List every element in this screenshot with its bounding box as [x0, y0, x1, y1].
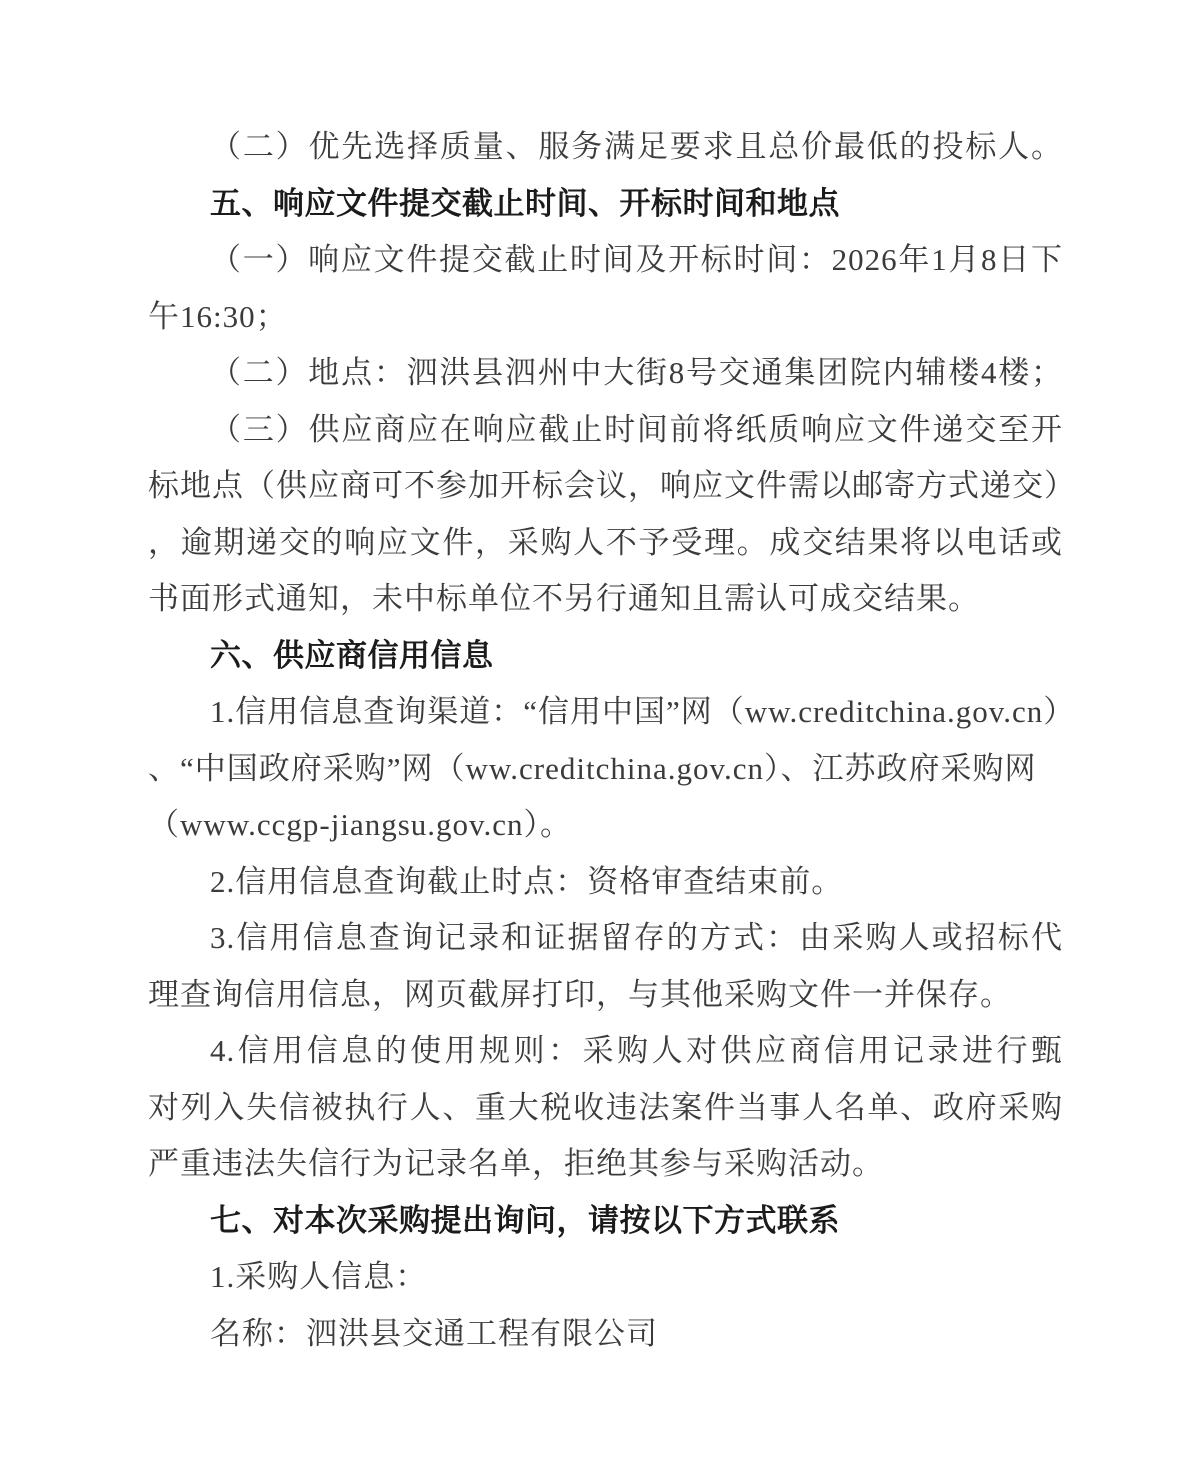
heading-section-6: 六、供应商信用信息: [148, 628, 1063, 685]
para-purchaser-info-label: 1.采购人信息：: [148, 1249, 1063, 1306]
para-credit-channels-line-1: 1.信用信息查询渠道：“信用中国”网（ww.creditchina.gov.cn…: [148, 684, 1063, 741]
para-deadline-line-1: （一）响应文件提交截止时间及开标时间：2026年1月8日下: [148, 232, 1063, 289]
para-credit-channels-line-3: （www.ccgp-jiangsu.gov.cn）。: [148, 797, 1063, 854]
document-page: （二）优先选择质量、服务满足要求且总价最低的投标人。 五、响应文件提交截止时间、…: [0, 0, 1199, 1467]
para-submission-line-3: ，逾期递交的响应文件，采购人不予受理。成交结果将以电话或: [148, 515, 1063, 572]
heading-section-5: 五、响应文件提交截止时间、开标时间和地点: [148, 176, 1063, 233]
para-credit-rules-line-2: 对列入失信被执行人、重大税收违法案件当事人名单、政府采购: [148, 1080, 1063, 1137]
para-credit-channels-line-2: 、“中国政府采购”网（ww.creditchina.gov.cn）、江苏政府采购…: [148, 741, 1063, 798]
para-location: （二）地点：泗洪县泗州中大街8号交通集团院内辅楼4楼；: [148, 345, 1063, 402]
para-credit-rules-line-3: 严重违法失信行为记录名单，拒绝其参与采购活动。: [148, 1136, 1063, 1193]
para-award-criteria-2: （二）优先选择质量、服务满足要求且总价最低的投标人。: [148, 119, 1063, 176]
heading-section-7: 七、对本次采购提出询问，请按以下方式联系: [148, 1193, 1063, 1250]
para-credit-deadline: 2.信用信息查询截止时点：资格审查结束前。: [148, 854, 1063, 911]
para-submission-line-1: （三）供应商应在响应截止时间前将纸质响应文件递交至开: [148, 402, 1063, 459]
para-purchaser-name: 名称：泗洪县交通工程有限公司: [148, 1306, 1063, 1363]
para-credit-records-line-2: 理查询信用信息，网页截屏打印，与其他采购文件一并保存。: [148, 967, 1063, 1024]
para-deadline-line-2: 午16:30；: [148, 289, 1063, 346]
document-content: （二）优先选择质量、服务满足要求且总价最低的投标人。 五、响应文件提交截止时间、…: [148, 119, 1063, 1362]
para-submission-line-4: 书面形式通知，未中标单位不另行通知且需认可成交结果。: [148, 571, 1063, 628]
para-submission-line-2: 标地点（供应商可不参加开标会议，响应文件需以邮寄方式递交）: [148, 458, 1063, 515]
para-credit-records-line-1: 3.信用信息查询记录和证据留存的方式：由采购人或招标代: [148, 910, 1063, 967]
para-credit-rules-line-1: 4.信用信息的使用规则：采购人对供应商信用记录进行甄别，: [148, 1023, 1063, 1080]
